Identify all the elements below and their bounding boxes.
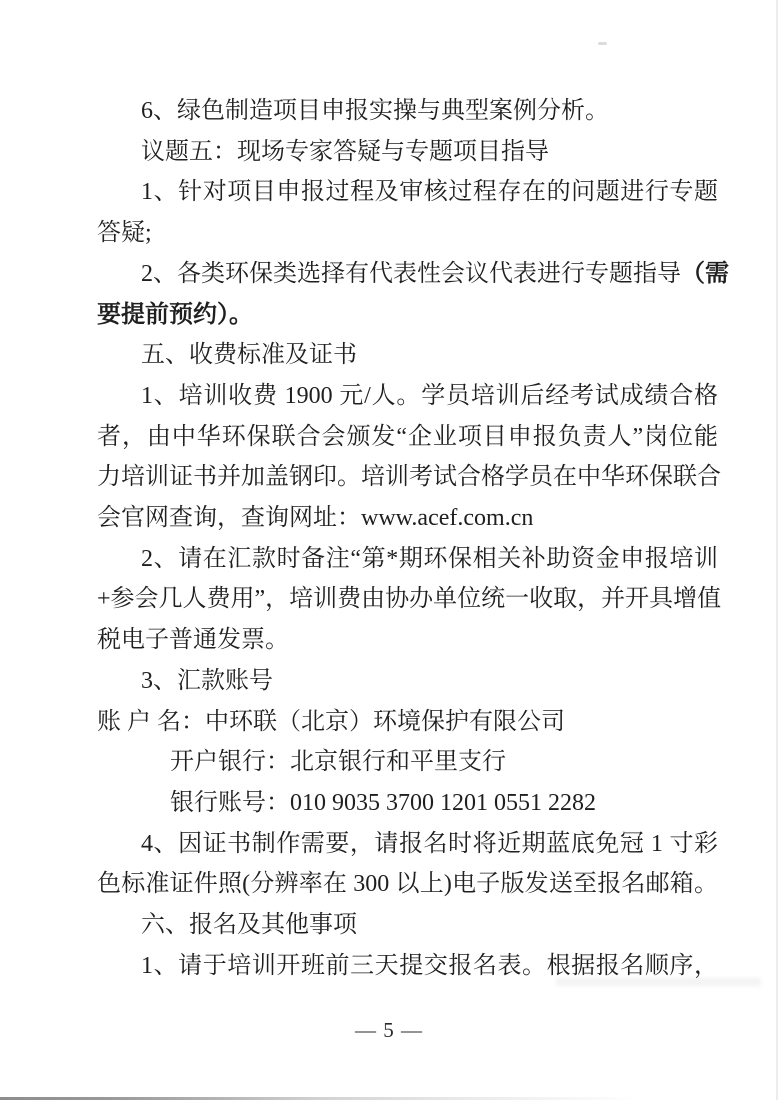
document-page: 6、绿色制造项目申报实操与典型案例分析。议题五：现场专家答疑与专题项目指导1、针… [0,0,778,1100]
document-line: 会官网查询，查询网址：www.acef.com.cn [97,498,718,539]
text-run: +参会几人费用”，培训费由协办单位统一收取，并开具增值 [97,586,721,612]
text-run: 3、汇款账号 [141,668,273,694]
document-line: 力培训证书并加盖钢印。培训考试合格学员在中华环保联合 [97,457,718,498]
text-run: 开户银行：北京银行和平里支行 [170,749,506,775]
bold-text-run: 要提前预约）。 [97,302,253,328]
text-run: 4、因证书制作需要，请报名时将近期蓝底免冠 1 寸彩 [141,831,718,857]
text-run: 六、报名及其他事项 [141,912,357,938]
document-line: 五、收费标准及证书 [97,335,718,376]
scan-smudge [556,978,761,986]
text-run: 1、针对项目申报过程及审核过程存在的问题进行专题 [141,179,718,205]
text-run: 色标准证件照(分辨率在 300 以上)电子版发送至报名邮箱。 [97,871,718,897]
page-number: — 5 — [0,1014,778,1046]
text-run: 答疑; [97,220,152,246]
text-run: 2、各类环保类选择有代表性会议代表进行专题指导 [141,261,681,287]
text-run: 账 户 名：中环联（北京）环境保护有限公司 [97,709,565,735]
document-line: 六、报名及其他事项 [97,905,718,946]
document-line: 2、各类环保类选择有代表性会议代表进行专题指导（需 [97,254,718,295]
document-line: 议题五：现场专家答疑与专题项目指导 [97,132,718,173]
document-body: 6、绿色制造项目申报实操与典型案例分析。议题五：现场专家答疑与专题项目指导1、针… [97,91,718,986]
document-line: 银行账号：010 9035 3700 1201 0551 2282 [97,783,718,824]
document-line: 1、培训收费 1900 元/人。学员培训后经考试成绩合格 [97,376,718,417]
text-run: 1、请于培训开班前三天提交报名表。根据报名顺序， [141,953,718,979]
document-line: 账 户 名：中环联（北京）环境保护有限公司 [97,702,718,743]
document-line: +参会几人费用”，培训费由协办单位统一收取，并开具增值 [97,579,718,620]
text-run: 1、培训收费 1900 元/人。学员培训后经考试成绩合格 [141,383,718,409]
text-run: 议题五：现场专家答疑与专题项目指导 [141,139,549,165]
scan-speck [598,42,607,45]
text-run: 银行账号：010 9035 3700 1201 0551 2282 [170,790,596,816]
document-line: 答疑; [97,213,718,254]
document-line: 6、绿色制造项目申报实操与典型案例分析。 [97,91,718,132]
document-line: 要提前预约）。 [97,295,718,336]
document-line: 2、请在汇款时备注“第*期环保相关补助资金申报培训 [97,539,718,580]
document-line: 1、针对项目申报过程及审核过程存在的问题进行专题 [97,172,718,213]
text-run: 力培训证书并加盖钢印。培训考试合格学员在中华环保联合 [97,464,721,490]
document-line: 3、汇款账号 [97,661,718,702]
document-line: 者，由中华环保联合会颁发“企业项目申报负责人”岗位能 [97,417,718,458]
bold-text-run: （需 [681,261,729,287]
document-line: 税电子普通发票。 [97,620,718,661]
document-line: 色标准证件照(分辨率在 300 以上)电子版发送至报名邮箱。 [97,864,718,905]
document-line: 4、因证书制作需要，请报名时将近期蓝底免冠 1 寸彩 [97,824,718,865]
text-run: 五、收费标准及证书 [141,342,357,368]
text-run: 会官网查询，查询网址：www.acef.com.cn [97,505,533,531]
text-run: 2、请在汇款时备注“第*期环保相关补助资金申报培训 [141,546,718,572]
text-run: 者，由中华环保联合会颁发“企业项目申报负责人”岗位能 [97,424,718,450]
text-run: 税电子普通发票。 [97,627,289,653]
text-run: 6、绿色制造项目申报实操与典型案例分析。 [141,98,609,124]
document-line: 开户银行：北京银行和平里支行 [97,742,718,783]
